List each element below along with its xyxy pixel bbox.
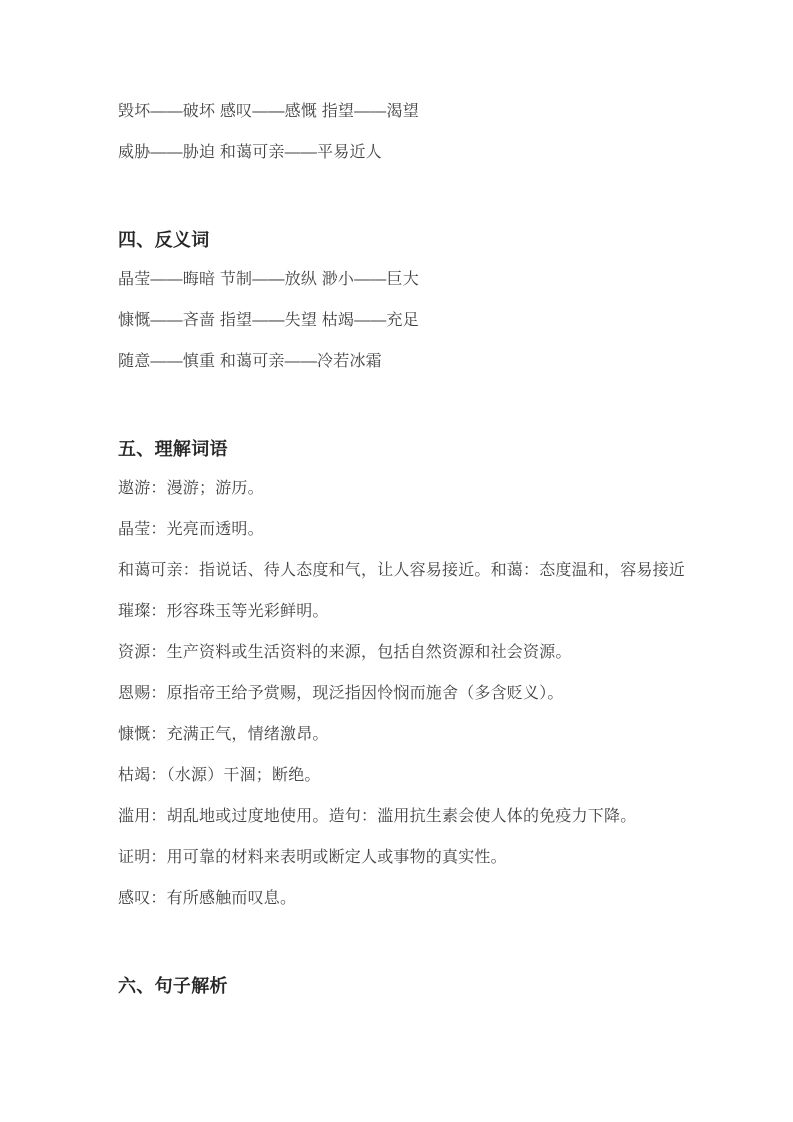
document-page: 毁坏——破坏 感叹——感慨 指望——渴望威胁——胁迫 和蔼可亲——平易近人四、反… bbox=[0, 0, 793, 1122]
definition-line: 证明：用可靠的材料来表明或断定人或事物的真实性。 bbox=[118, 846, 698, 870]
section-heading: 五、理解词语 bbox=[118, 436, 698, 462]
section-heading: 四、反义词 bbox=[118, 227, 698, 253]
definition-line: 慷慨：充满正气，情绪激昂。 bbox=[118, 723, 698, 747]
word-pair-line: 毁坏——破坏 感叹——感慨 指望——渴望 bbox=[118, 100, 698, 124]
definition-line: 感叹：有所感触而叹息。 bbox=[118, 887, 698, 911]
section-heading: 六、句子解析 bbox=[118, 973, 698, 999]
definition-line: 晶莹：光亮而透明。 bbox=[118, 518, 698, 542]
definition-line: 璀璨：形容珠玉等光彩鲜明。 bbox=[118, 600, 698, 624]
definition-line: 慷慨——吝啬 指望——失望 枯竭——充足 bbox=[118, 309, 698, 333]
word-pair-line: 威胁——胁迫 和蔼可亲——平易近人 bbox=[118, 141, 698, 165]
definition-line: 枯竭：（水源）干涸；断绝。 bbox=[118, 764, 698, 788]
definition-line: 滥用：胡乱地或过度地使用。造句：滥用抗生素会使人体的免疫力下降。 bbox=[118, 805, 698, 829]
document-content: 毁坏——破坏 感叹——感慨 指望——渴望威胁——胁迫 和蔼可亲——平易近人四、反… bbox=[0, 0, 793, 999]
definition-line: 随意——慎重 和蔼可亲——冷若冰霜 bbox=[118, 350, 698, 374]
definition-line: 和蔼可亲：指说话、待人态度和气，让人容易接近。和蔼：态度温和，容易接近 bbox=[118, 559, 698, 583]
definition-line: 遨游：漫游；游历。 bbox=[118, 477, 698, 501]
definition-line: 晶莹——晦暗 节制——放纵 渺小——巨大 bbox=[118, 268, 698, 292]
definition-line: 恩赐：原指帝王给予赏赐，现泛指因怜悯而施舍（多含贬义）。 bbox=[118, 682, 698, 706]
definition-line: 资源：生产资料或生活资料的来源，包括自然资源和社会资源。 bbox=[118, 641, 698, 665]
